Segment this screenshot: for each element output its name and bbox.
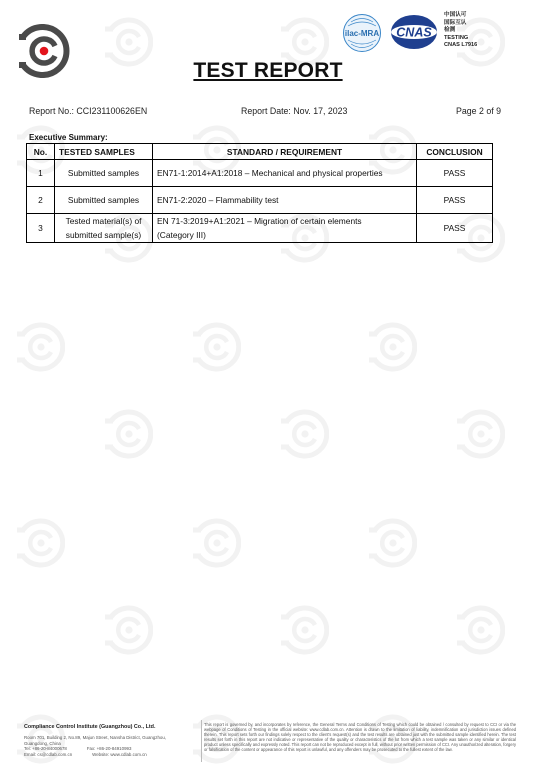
row-number: 2 [27,187,55,214]
svg-text:ilac-MRA: ilac-MRA [345,29,379,38]
contact-line: Email: cs@cdlab.com.cnWebsite: www.cdlab… [24,752,200,758]
company-name: Compliance Control Institute (Guangzhou)… [24,724,200,730]
table-row: 2 Submitted samples EN71-2:2020 – Flamma… [27,187,493,214]
footer-company-info: Compliance Control Institute (Guangzhou)… [24,724,200,757]
executive-summary-table: No. TESTED SAMPLES STANDARD / REQUIREMEN… [26,143,493,243]
email: Email: cs@cdlab.com.cn [24,752,72,757]
column-header-tested-samples: TESTED SAMPLES [55,144,153,160]
accreditation-marks: ilac-MRA CNAS 中国认可 国际互认 检测 TESTING CNAS … [342,12,532,56]
phone: Tel: +86-20-84000678 [24,746,67,751]
conclusion-cell: PASS [417,160,493,187]
website: Website: www.cdlab.com.cn [92,752,147,757]
table-row: 1 Submitted samples EN71-1:2014+A1:2018 … [27,160,493,187]
tested-samples-cell: Submitted samples [55,160,153,187]
svg-text:CNAS: CNAS [396,26,432,40]
footer-divider [201,720,202,762]
accreditation-text: 中国认可 国际互认 检测 TESTING CNAS L7916 [444,12,477,50]
conclusion-cell: PASS [417,214,493,243]
ilac-mra-icon: ilac-MRA [342,12,382,54]
table-row: 3 Tested material(s) of submitted sample… [27,214,493,243]
page-title: TEST REPORT [0,59,536,83]
row-number: 3 [27,214,55,243]
tested-samples-cell: Tested material(s) of submitted sample(s… [55,214,153,243]
table-header-row: No. TESTED SAMPLES STANDARD / REQUIREMEN… [27,144,493,160]
row-number: 1 [27,160,55,187]
fax: Fax: +86-20-84910993 [87,746,132,751]
report-date: Report Date: Nov. 17, 2023 [241,106,347,116]
standard-cell: EN71-1:2014+A1:2018 – Mechanical and phy… [153,160,417,187]
section-heading: Executive Summary: [29,133,108,142]
footer-disclaimer: This report is governed by, and incorpor… [204,722,516,753]
page-number: Page 2 of 9 [456,106,501,116]
tested-samples-cell: Submitted samples [55,187,153,214]
column-header-conclusion: CONCLUSION [417,144,493,160]
column-header-standard: STANDARD / REQUIREMENT [153,144,417,160]
report-number: Report No.: CCI231100626EN [29,106,147,116]
cnas-icon: CNAS [390,14,438,50]
standard-cell: EN 71-3:2019+A1:2021 – Migration of cert… [153,214,417,243]
standard-cell: EN71-2:2020 – Flammability test [153,187,417,214]
column-header-no: No. [27,144,55,160]
conclusion-cell: PASS [417,187,493,214]
